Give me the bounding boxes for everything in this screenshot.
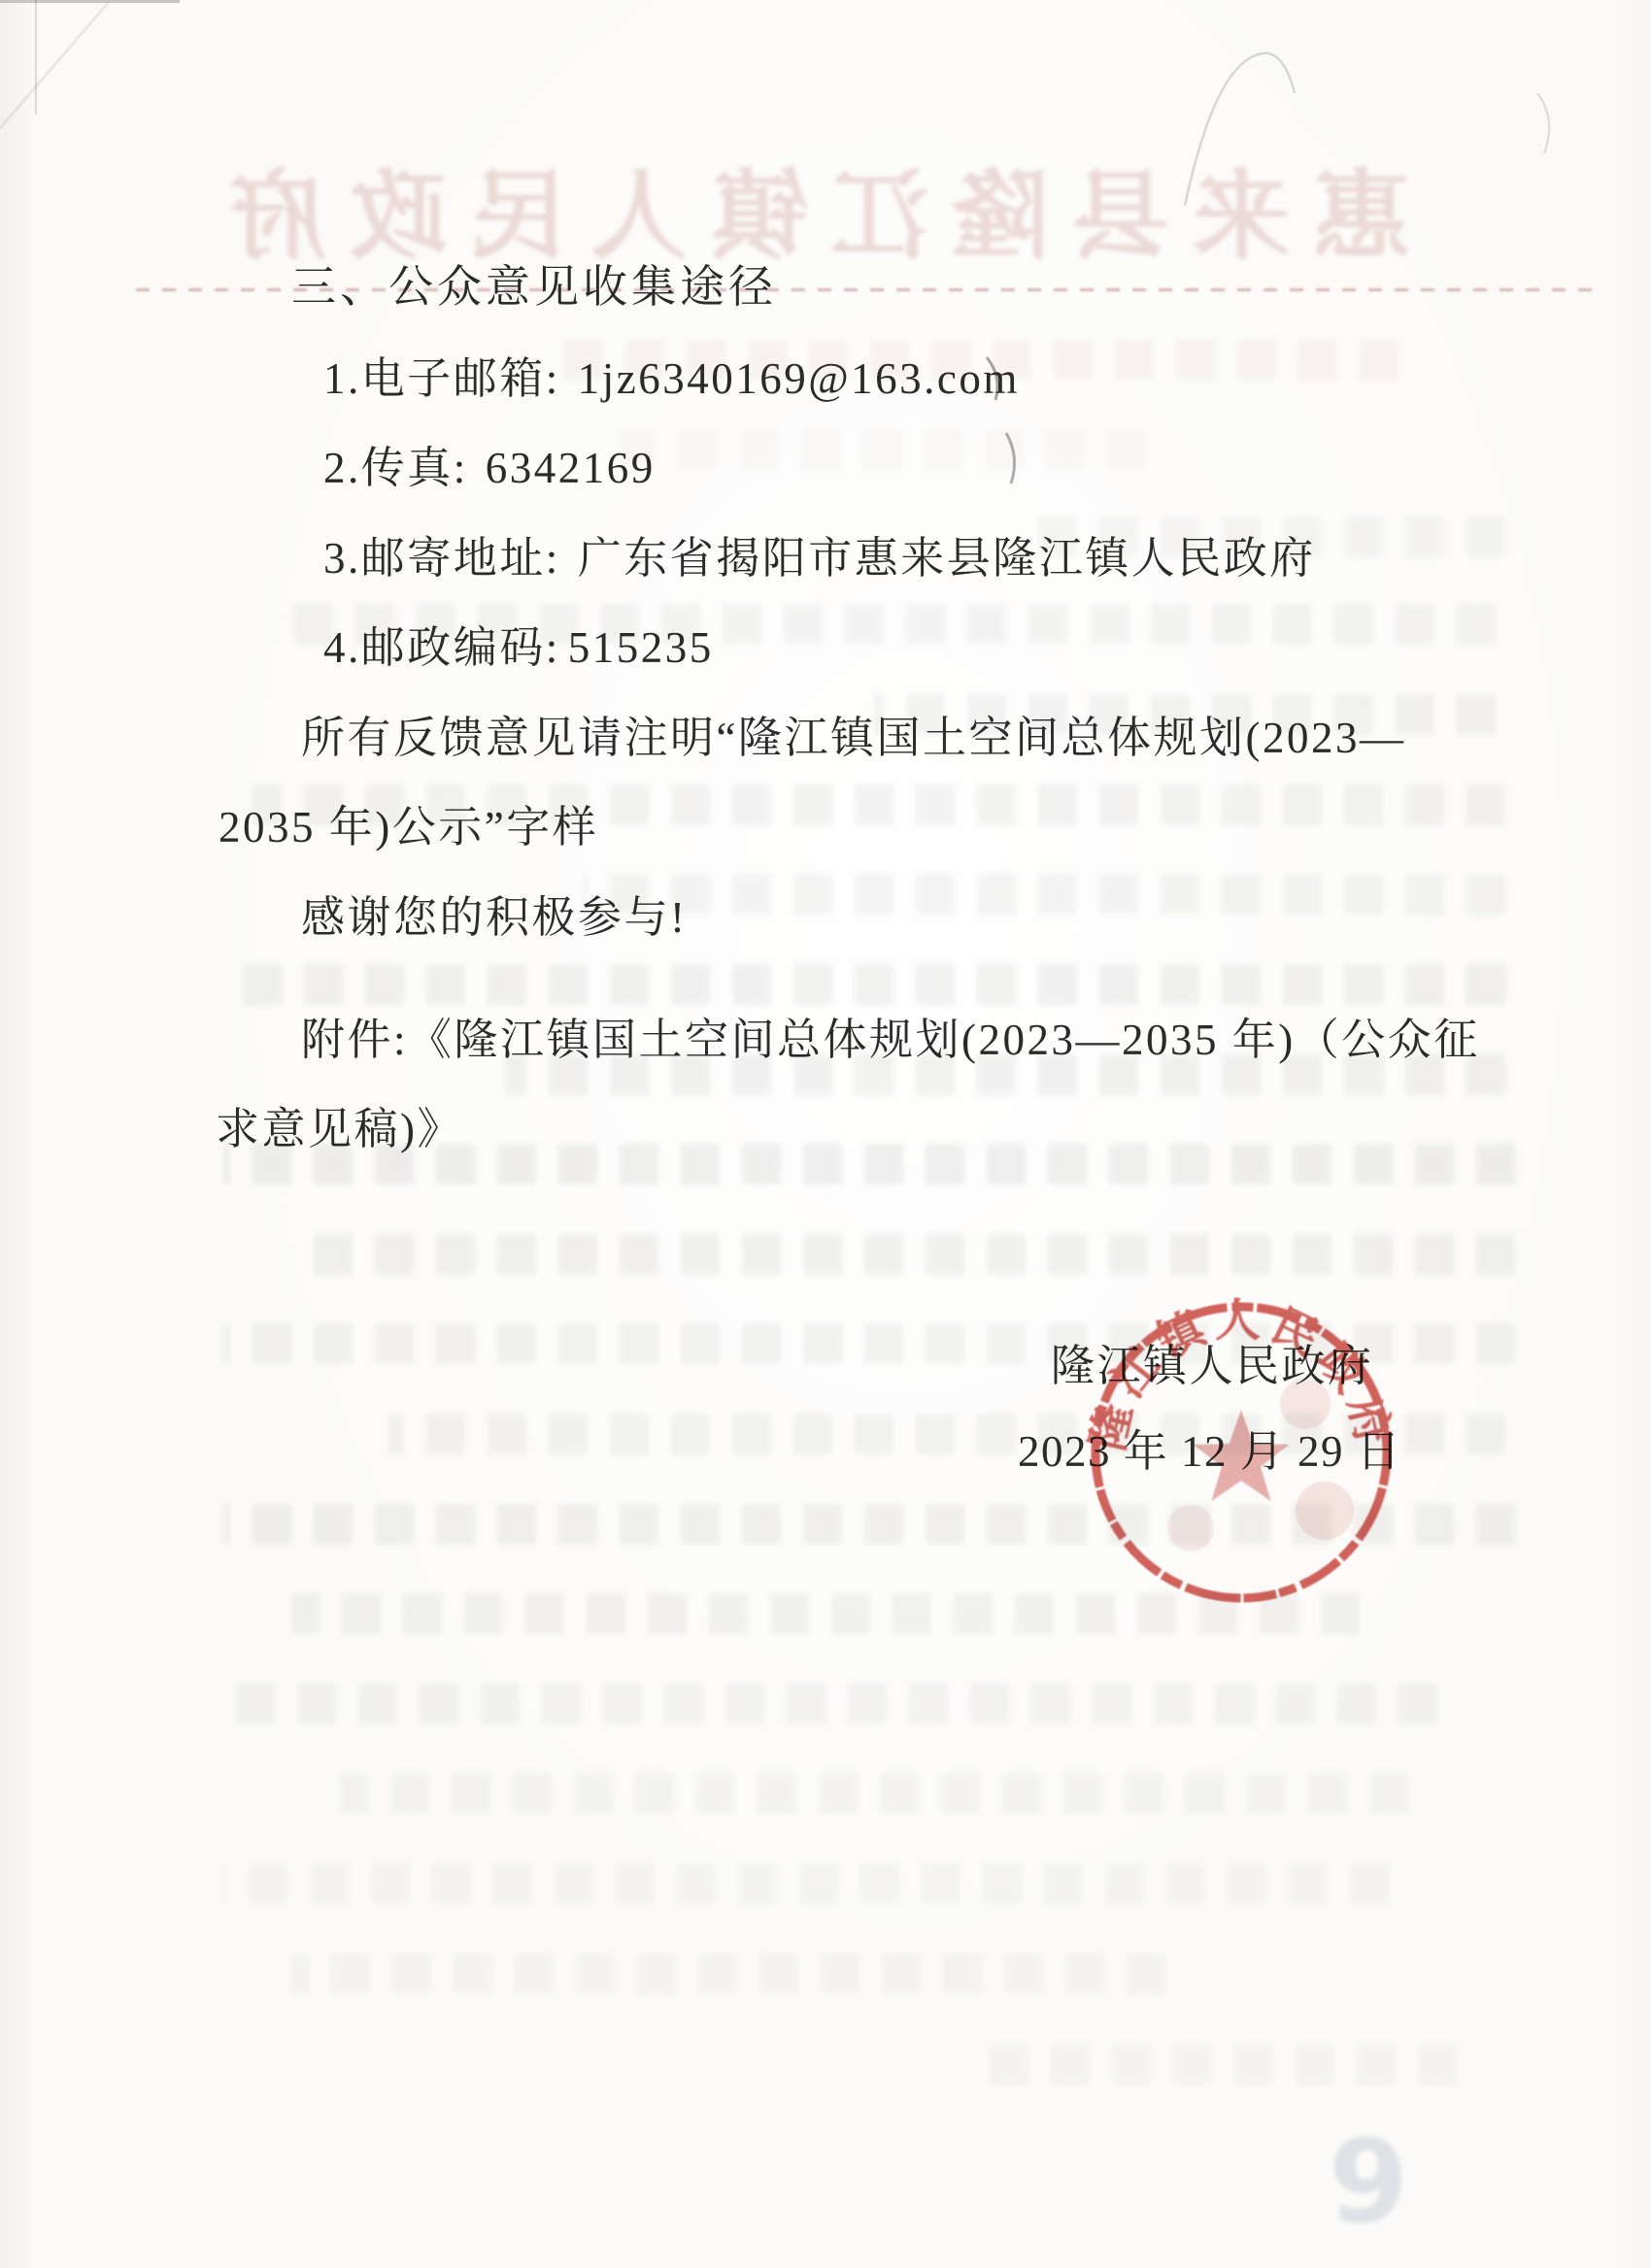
section-heading: 三、公众意见收集途径 — [291, 262, 777, 314]
official-seal: 隆江镇人民政府 — [1076, 1287, 1406, 1618]
attachment-line-2: 求意见稿)》 — [216, 1105, 463, 1155]
contact-address-value: 广东省揭阳市惠来县隆江镇人民政府 — [578, 534, 1316, 583]
note-line-2: 2035 年)公示”字样 — [219, 803, 598, 853]
contact-address-label: 3.邮寄地址: — [323, 534, 560, 583]
scan-edge-line — [35, 0, 37, 115]
contact-fax-value: 6342169 — [486, 444, 656, 492]
contact-email-line: 1.电子邮箱:1jz6340169@163.com — [323, 354, 1020, 405]
contact-email-value: 1jz6340169@163.com — [578, 354, 1020, 403]
seal-star-icon — [1194, 1410, 1290, 1501]
contact-postcode-value: 515235 — [568, 623, 714, 672]
scanned-document-page: 惠来县隆江镇人民政府 三、公众意见收集途径 1.电子邮箱:1jz6340169@… — [0, 0, 1651, 2268]
contact-fax-label: 2.传真: — [323, 444, 468, 492]
contact-email-label: 1.电子邮箱: — [323, 354, 560, 403]
contact-postcode-label: 4.邮政编码: — [323, 623, 560, 672]
contact-fax-line: 2.传真:6342169 — [323, 444, 656, 494]
attachment-line-1: 附件:《隆江镇国土空间总体规划(2023—2035 年)（公众征 — [301, 1016, 1480, 1066]
contact-address-line: 3.邮寄地址:广东省揭阳市惠来县隆江镇人民政府 — [323, 534, 1316, 584]
scanner-smudge-mark: 9 — [1329, 2115, 1408, 2249]
scan-edge-mark — [0, 0, 180, 3]
note-line-1: 所有反馈意见请注明“隆江镇国土空间总体规划(2023— — [301, 714, 1405, 764]
thanks-line: 感谢您的积极参与! — [301, 893, 688, 944]
contact-postcode-line: 4.邮政编码:515235 — [323, 623, 714, 674]
